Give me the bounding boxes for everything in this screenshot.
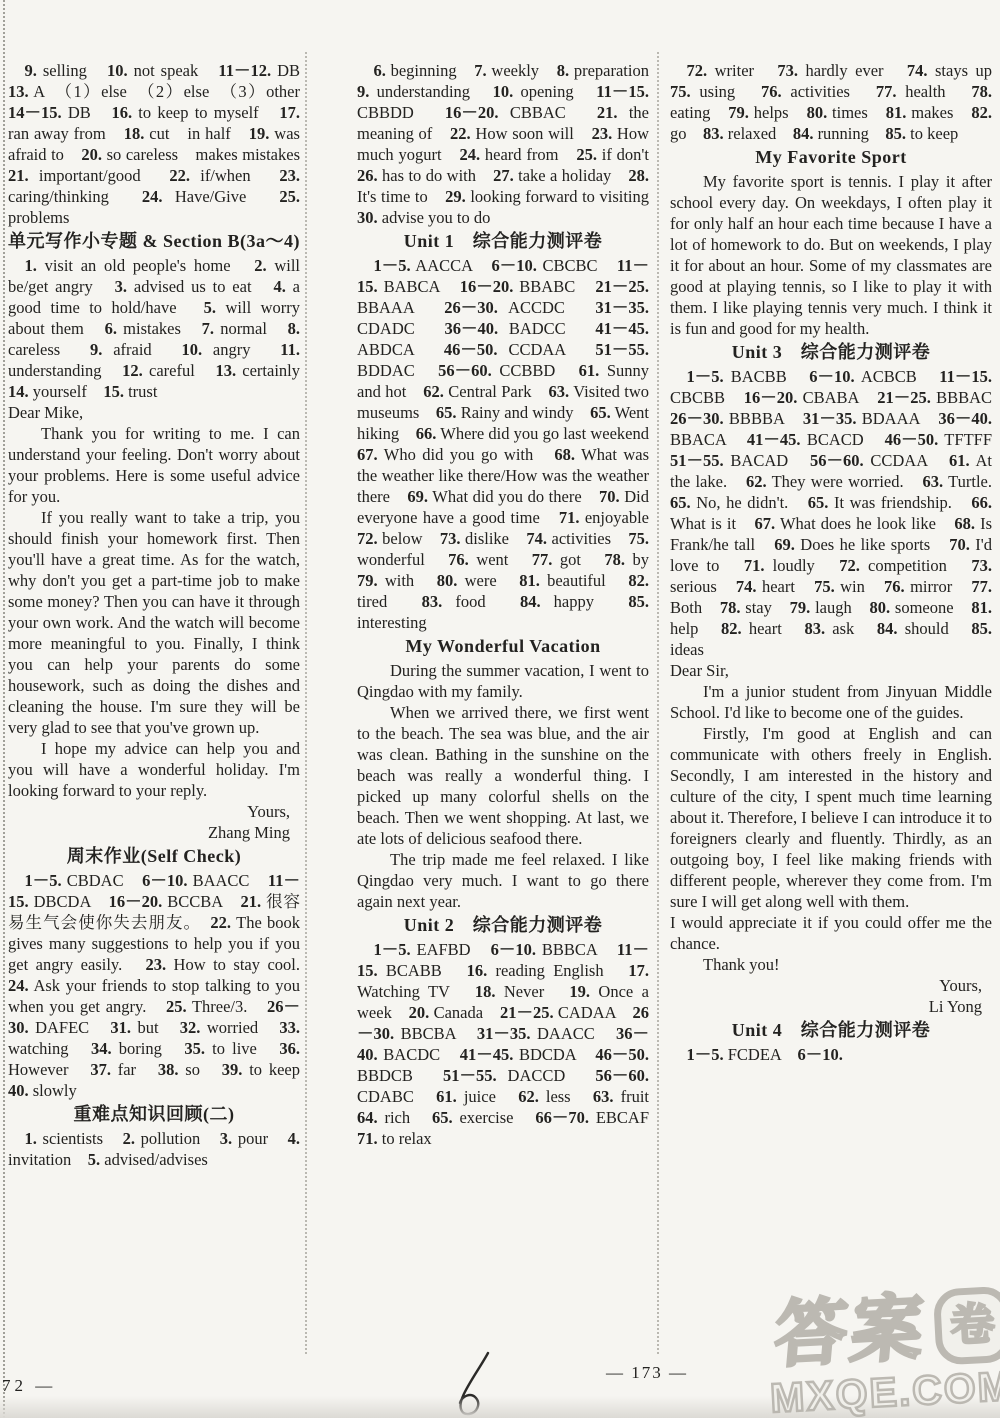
paragraph: Thank you for writing to me. I can under…	[8, 423, 300, 507]
page-number: — 173 —	[606, 1363, 688, 1383]
paragraph: I'm a junior student from Jinyuan Middle…	[670, 681, 992, 723]
answer-list: 72. writer 73. hardly ever 74. stays up …	[670, 60, 992, 144]
answer-list: 1－5. EAFBD 6－10. BBBCA 11－15. BCABB 16. …	[357, 939, 649, 1149]
answer-list: 1－5. FCDEA 6－10.	[670, 1044, 992, 1065]
signature-line: Yours,	[670, 975, 992, 996]
paragraph: If you really want to take a trip, you s…	[8, 507, 300, 738]
watermark-circle-char: 卷	[950, 1303, 996, 1349]
signature-line: Yours,	[8, 801, 300, 822]
section-heading: Unit 1 综合能力测评卷	[357, 231, 649, 252]
signature-line: Li Yong	[670, 996, 992, 1017]
paragraph: Thank you!	[670, 954, 992, 975]
paragraph: I hope my advice can help you and you wi…	[8, 738, 300, 801]
section-heading: My Favorite Sport	[670, 147, 992, 168]
column-separator-dotted-line	[657, 52, 659, 1354]
section-heading: 单元写作小专题 & Section B(3a～4)	[8, 231, 300, 252]
watermark-text-cn: 答案	[772, 1292, 930, 1372]
handwritten-mark	[448, 1350, 500, 1418]
section-heading: 周末作业(Self Check)	[8, 846, 300, 867]
answer-column-right: 72. writer 73. hardly ever 74. stays up …	[670, 60, 992, 1065]
answer-list: 6. beginning 7. weekly 8. preparation 9.…	[357, 60, 649, 228]
scanned-answer-key-page: 9. selling 10. not speak 11－12. DB 13. A…	[0, 0, 1000, 1418]
answer-column-middle: 6. beginning 7. weekly 8. preparation 9.…	[357, 60, 649, 1149]
answer-list: 1－5. AACCA 6－10. CBCBC 11－15. BABCA 16－2…	[357, 255, 649, 633]
column-separator-dotted-line	[305, 52, 307, 1354]
page-number-left: 72 —	[2, 1376, 56, 1396]
paragraph: The trip made me feel relaxed. I like Qi…	[357, 849, 649, 912]
text-line: Dear Sir,	[670, 660, 992, 681]
answer-list: 9. selling 10. not speak 11－12. DB 13. A…	[8, 60, 300, 228]
section-heading: Unit 4 综合能力测评卷	[670, 1020, 992, 1041]
answer-list: 1. visit an old people's home 2. will be…	[8, 255, 300, 402]
watermark: 答案 卷 MXQE.COM	[765, 1286, 1000, 1418]
answer-list: 1－5. CBDAC 6－10. BAACC 11－15. DBCDA 16－2…	[8, 870, 300, 1101]
watermark-logo-row: 答案 卷	[765, 1286, 1000, 1375]
answer-list: 1. scientists 2. pollution 3. pour 4. in…	[8, 1128, 300, 1170]
section-heading: My Wonderful Vacation	[357, 636, 649, 657]
page-edge-dotted-line	[3, 0, 5, 1418]
paragraph: Firstly, I'm good at English and can com…	[670, 723, 992, 912]
section-heading: Unit 3 综合能力测评卷	[670, 342, 992, 363]
text-line: I would appreciate it if you could offer…	[670, 912, 992, 954]
paragraph: When we arrived there, we first went to …	[357, 702, 649, 849]
section-heading: Unit 2 综合能力测评卷	[357, 915, 649, 936]
paragraph: My favorite sport is tennis. I play it a…	[670, 171, 992, 339]
signature-line: Zhang Ming	[8, 822, 300, 843]
answer-column-left: 9. selling 10. not speak 11－12. DB 13. A…	[8, 60, 300, 1170]
answer-list: 1－5. BACBB 6－10. ACBCB 11－15. CBCBB 16－2…	[670, 366, 992, 660]
text-line: Dear Mike,	[8, 402, 300, 423]
paragraph: During the summer vacation, I went to Qi…	[357, 660, 649, 702]
watermark-circle-logo: 卷	[933, 1286, 1000, 1366]
section-heading: 重难点知识回顾(二)	[8, 1104, 300, 1125]
